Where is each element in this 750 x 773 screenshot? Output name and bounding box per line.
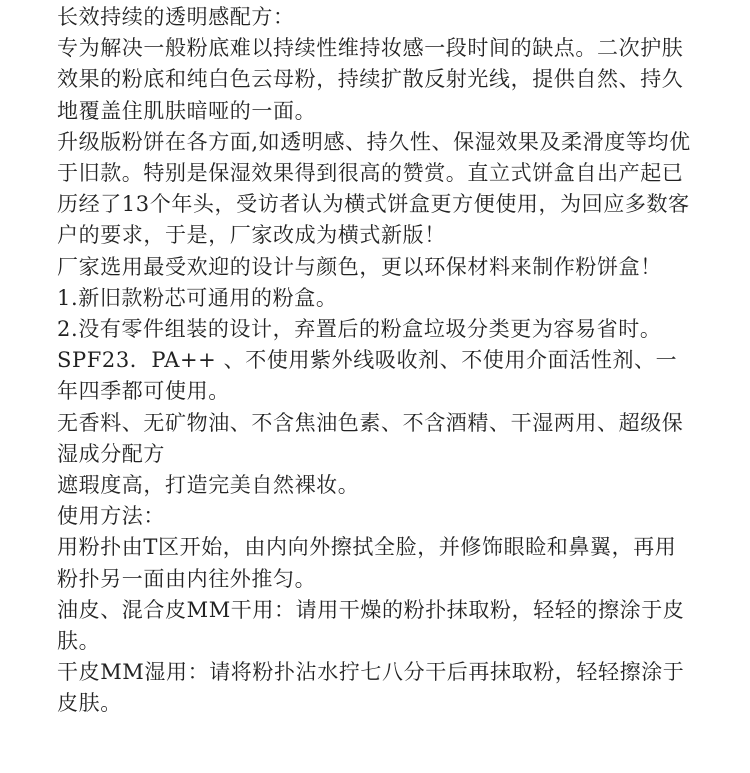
paragraph-ingredients-free: 无香料、无矿物油、不含焦油色素、不含酒精、干湿两用、超级保湿成分配方 (57, 408, 697, 470)
paragraph-formula-description: 专为解决一般粉底难以持续性维持妆感一段时间的缺点。二次护肤效果的粉底和纯白色云母… (57, 33, 697, 127)
heading-usage: 使用方法： (57, 501, 697, 532)
paragraph-dry-skin-usage: 干皮MM湿用：请将粉扑沾水拧七八分干后再抹取粉，轻轻擦涂于皮肤。 (57, 657, 697, 719)
paragraph-upgrade-description: 升级版粉饼在各方面,如透明感、持久性、保湿效果及柔滑度等均优于旧款。特别是保湿效… (57, 127, 697, 252)
paragraph-spf-features: SPF23．PA++ 、不使用紫外线吸收剂、不使用介面活性剂、一年四季都可使用。 (57, 345, 697, 407)
list-item-2: 2.没有零件组装的设计，弃置后的粉盒垃圾分类更为容易省时。 (57, 314, 697, 345)
paragraph-oily-skin-usage: 油皮、混合皮MM干用：请用干燥的粉扑抹取粉，轻轻的擦涂于皮肤。 (57, 595, 697, 657)
product-description-document: 长效持续的透明感配方： 专为解决一般粉底难以持续性维持妆感一段时间的缺点。二次护… (57, 2, 697, 720)
paragraph-eco-packaging: 厂家选用最受欢迎的设计与颜色，更以环保材料来制作粉饼盒！ (57, 252, 697, 283)
list-item-1: 1.新旧款粉芯可通用的粉盒。 (57, 283, 697, 314)
paragraph-coverage: 遮瑕度高，打造完美自然裸妆。 (57, 470, 697, 501)
paragraph-usage-steps: 用粉扑由T区开始，由内向外擦拭全脸，并修饰眼睑和鼻翼，再用粉扑另一面由内往外推匀… (57, 532, 697, 594)
heading-formula: 长效持续的透明感配方： (57, 2, 697, 33)
